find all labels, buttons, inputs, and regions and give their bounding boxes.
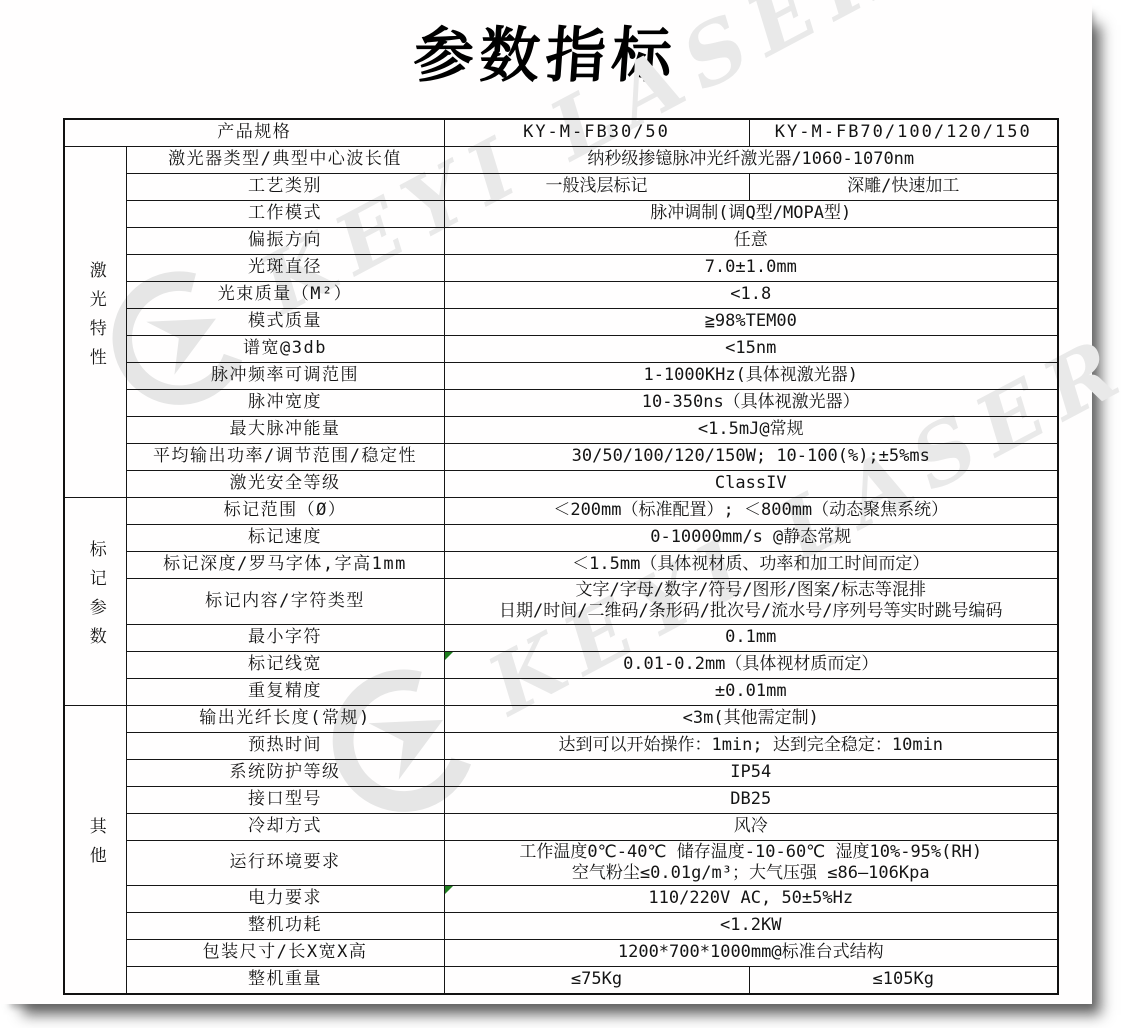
spec-label: 最小字符 xyxy=(126,624,444,651)
spec-value: 10-350ns（具体视激光器） xyxy=(444,390,1058,417)
spec-value: 110/220V AC, 50±5%Hz xyxy=(444,886,1058,913)
table-header-row: 产品规格 KY-M-FB30/50 KY-M-FB70/100/120/150 xyxy=(64,119,1058,147)
table-row: 标记速度 0-10000mm/s @静态常规 xyxy=(64,525,1058,552)
table-row: 系统防护等级 IP54 xyxy=(64,759,1058,786)
table-row: 偏振方向 任意 xyxy=(64,228,1058,255)
table-row: 整机功耗 <1.2KW xyxy=(64,913,1058,940)
table-row: 工作模式 脉冲调制(调Q型/MOPA型) xyxy=(64,201,1058,228)
spec-value: <1.2KW xyxy=(444,913,1058,940)
table-row: 预热时间 达到可以开始操作：1min; 达到完全稳定：10min xyxy=(64,732,1058,759)
table-row: 电力要求 110/220V AC, 50±5%Hz xyxy=(64,886,1058,913)
spec-label: 重复精度 xyxy=(126,678,444,705)
spec-label: 运行环境要求 xyxy=(126,840,444,886)
spec-label: 平均输出功率/调节范围/稳定性 xyxy=(126,444,444,471)
spec-value: IP54 xyxy=(444,759,1058,786)
spec-label: 工作模式 xyxy=(126,201,444,228)
spec-value: <3m(其他需定制) xyxy=(444,705,1058,732)
table-row: 最大脉冲能量 <1.5mJ@常规 xyxy=(64,417,1058,444)
spec-label: 最大脉冲能量 xyxy=(126,417,444,444)
header-model-2: KY-M-FB70/100/120/150 xyxy=(749,119,1058,147)
spec-label: 接口型号 xyxy=(126,786,444,813)
spec-value: ±0.01mm xyxy=(444,678,1058,705)
spec-value: 0.1mm xyxy=(444,624,1058,651)
spec-value: 任意 xyxy=(444,228,1058,255)
spec-value: 0.01-0.2mm（具体视材质而定） xyxy=(444,651,1058,678)
spec-label: 系统防护等级 xyxy=(126,759,444,786)
cell-corner-marker xyxy=(445,886,453,894)
spec-value: 30/50/100/120/150W; 10-100(%);±5%ms xyxy=(444,444,1058,471)
table-row: 重复精度 ±0.01mm xyxy=(64,678,1058,705)
table-row: 平均输出功率/调节范围/稳定性 30/50/100/120/150W; 10-1… xyxy=(64,444,1058,471)
spec-label: 输出光纤长度(常规) xyxy=(126,705,444,732)
table-row: 工艺类别 一般浅层标记 深雕/快速加工 xyxy=(64,174,1058,201)
spec-value: 1200*700*1000mm@标准台式结构 xyxy=(444,940,1058,967)
spec-label: 预热时间 xyxy=(126,732,444,759)
table-row: 脉冲频率可调范围 1-1000KHz(具体视激光器) xyxy=(64,363,1058,390)
spec-label: 激光器类型/典型中心波长值 xyxy=(126,147,444,174)
table-row: 标记线宽 0.01-0.2mm（具体视材质而定） xyxy=(64,651,1058,678)
table-row: 接口型号 DB25 xyxy=(64,786,1058,813)
spec-value-line: 文字/字母/数字/符号/图形/图案/标志等混排 xyxy=(449,580,1054,601)
page-title: 参数指标 xyxy=(0,8,1095,94)
table-row: 包装尺寸/长X宽X高 1200*700*1000mm@标准台式结构 xyxy=(64,940,1058,967)
spec-value: 工作温度0℃-40℃ 储存温度-10-60℃ 湿度10%-95%(RH) 空气粉… xyxy=(444,840,1058,886)
spec-label: 整机功耗 xyxy=(126,913,444,940)
spec-value: ClassIV xyxy=(444,471,1058,498)
spec-value-line: 工作温度0℃-40℃ 储存温度-10-60℃ 湿度10%-95%(RH) xyxy=(449,842,1054,863)
spec-value: 1-1000KHz(具体视激光器) xyxy=(444,363,1058,390)
cell-corner-marker xyxy=(445,652,453,660)
spec-label: 光束质量（M²） xyxy=(126,282,444,309)
spec-value: 深雕/快速加工 xyxy=(749,174,1058,201)
spec-label: 冷却方式 xyxy=(126,813,444,840)
section-label-laser: 激光特性 xyxy=(64,147,126,498)
section-label-other: 其他 xyxy=(64,705,126,994)
table-row: 标记深度/罗马字体,字高1mm ＜1.5mm（具体视材质、功率和加工时间而定） xyxy=(64,552,1058,579)
spec-value: 0-10000mm/s @静态常规 xyxy=(444,525,1058,552)
spec-value: ＜1.5mm（具体视材质、功率和加工时间而定） xyxy=(444,552,1058,579)
spec-label: 工艺类别 xyxy=(126,174,444,201)
spec-label: 模式质量 xyxy=(126,309,444,336)
spec-label: 整机重量 xyxy=(126,967,444,995)
spec-value: ≧98%TEM00 xyxy=(444,309,1058,336)
table-row: 其他 输出光纤长度(常规) <3m(其他需定制) xyxy=(64,705,1058,732)
spec-label: 标记内容/字符类型 xyxy=(126,579,444,625)
spec-label: 标记范围（Ø） xyxy=(126,498,444,525)
table-row: 模式质量 ≧98%TEM00 xyxy=(64,309,1058,336)
table-row: 运行环境要求 工作温度0℃-40℃ 储存温度-10-60℃ 湿度10%-95%(… xyxy=(64,840,1058,886)
spec-value: ≤75Kg xyxy=(444,967,749,995)
header-product-spec: 产品规格 xyxy=(64,119,444,147)
spec-value-line: 日期/时间/二维码/条形码/批次号/流水号/序列号等实时跳号编码 xyxy=(449,601,1054,622)
spec-table: 产品规格 KY-M-FB30/50 KY-M-FB70/100/120/150 … xyxy=(63,118,1059,995)
spec-value: 一般浅层标记 xyxy=(444,174,749,201)
spec-value: <1.8 xyxy=(444,282,1058,309)
spec-sheet-page: 参数指标 KEYI LASER KEYI LASER 产品规格 KY-M-FB3… xyxy=(0,0,1092,1004)
table-row: 光束质量（M²） <1.8 xyxy=(64,282,1058,309)
spec-value: ≤105Kg xyxy=(749,967,1058,995)
spec-label: 偏振方向 xyxy=(126,228,444,255)
spec-value: 文字/字母/数字/符号/图形/图案/标志等混排 日期/时间/二维码/条形码/批次… xyxy=(444,579,1058,625)
table-row: 脉冲宽度 10-350ns（具体视激光器） xyxy=(64,390,1058,417)
header-model-1: KY-M-FB30/50 xyxy=(444,119,749,147)
spec-value: ＜200mm（标准配置）; ＜800mm（动态聚焦系统） xyxy=(444,498,1058,525)
spec-value: 脉冲调制(调Q型/MOPA型) xyxy=(444,201,1058,228)
spec-value: <1.5mJ@常规 xyxy=(444,417,1058,444)
table-row: 激光安全等级 ClassIV xyxy=(64,471,1058,498)
spec-value: 风冷 xyxy=(444,813,1058,840)
spec-label: 标记深度/罗马字体,字高1mm xyxy=(126,552,444,579)
section-label-marking: 标记参数 xyxy=(64,498,126,706)
table-row: 整机重量 ≤75Kg ≤105Kg xyxy=(64,967,1058,995)
spec-value: <15nm xyxy=(444,336,1058,363)
table-row: 谱宽@3db <15nm xyxy=(64,336,1058,363)
spec-value: 达到可以开始操作：1min; 达到完全稳定：10min xyxy=(444,732,1058,759)
spec-label: 激光安全等级 xyxy=(126,471,444,498)
spec-label: 脉冲宽度 xyxy=(126,390,444,417)
spec-label: 谱宽@3db xyxy=(126,336,444,363)
spec-label: 标记速度 xyxy=(126,525,444,552)
table-row: 激光特性 激光器类型/典型中心波长值 纳秒级掺镱脉冲光纤激光器/1060-107… xyxy=(64,147,1058,174)
spec-value: 7.0±1.0mm xyxy=(444,255,1058,282)
spec-label: 标记线宽 xyxy=(126,651,444,678)
table-row: 光斑直径 7.0±1.0mm xyxy=(64,255,1058,282)
spec-label: 包装尺寸/长X宽X高 xyxy=(126,940,444,967)
spec-label: 脉冲频率可调范围 xyxy=(126,363,444,390)
table-row: 标记参数 标记范围（Ø） ＜200mm（标准配置）; ＜800mm（动态聚焦系统… xyxy=(64,498,1058,525)
spec-label: 光斑直径 xyxy=(126,255,444,282)
spec-value: DB25 xyxy=(444,786,1058,813)
spec-value: 纳秒级掺镱脉冲光纤激光器/1060-1070nm xyxy=(444,147,1058,174)
table-row: 标记内容/字符类型 文字/字母/数字/符号/图形/图案/标志等混排 日期/时间/… xyxy=(64,579,1058,625)
table-row: 冷却方式 风冷 xyxy=(64,813,1058,840)
table-row: 最小字符 0.1mm xyxy=(64,624,1058,651)
spec-value-line: 空气粉尘≤0.01g/m³；大气压强 ≤86—106Kpa xyxy=(449,863,1054,884)
spec-label: 电力要求 xyxy=(126,886,444,913)
